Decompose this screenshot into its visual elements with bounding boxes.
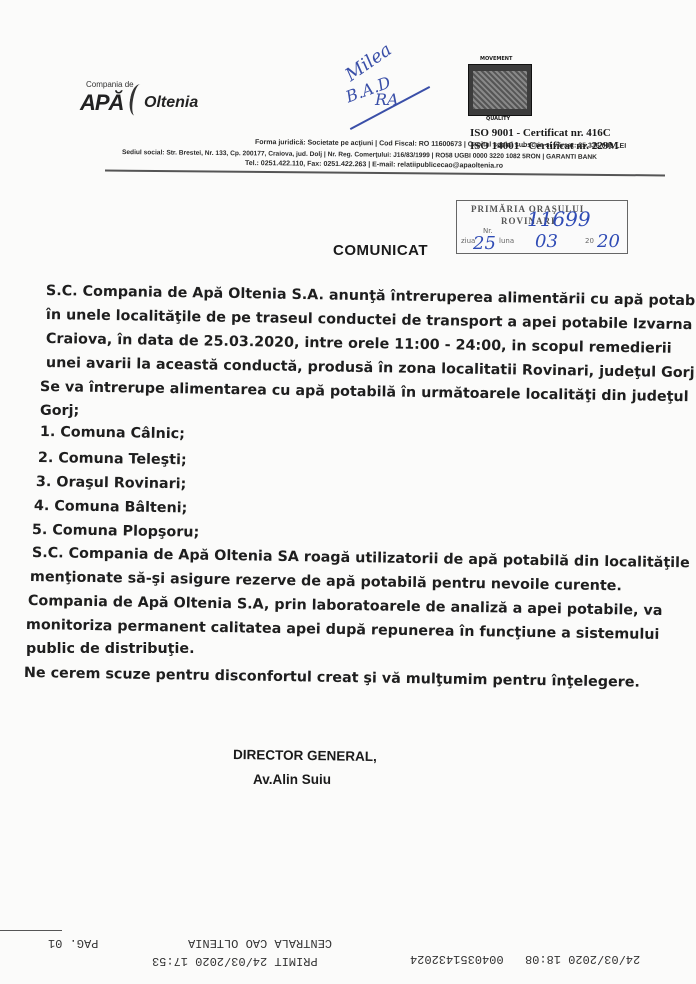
logo-subtitle: Compania de <box>86 80 134 89</box>
stamp-month-label: luna <box>499 237 514 245</box>
locality-item: 2. Comuna Teleşti; <box>38 450 187 468</box>
handwritten-annotation: Milea B.A.D RA <box>335 52 445 127</box>
logo-apa: APĂ <box>80 90 123 116</box>
signature-role: DIRECTOR GENERAL, <box>233 747 377 764</box>
locality-item: 4. Comuna Bâlteni; <box>34 498 188 516</box>
stamp-nr-value: 11699 <box>527 207 591 231</box>
locality-item: 1. Comuna Câlnic; <box>40 424 185 442</box>
quality-certification-badge-icon <box>468 64 532 116</box>
body-line: Craiova, în data de 25.03.2020, intre or… <box>46 331 672 357</box>
letterhead-divider <box>105 170 665 177</box>
signature-name: Av.Alin Suiu <box>253 772 331 787</box>
fax-received: PRIMIT 24/03/2020 17:53 <box>152 954 318 968</box>
locality-item: 5. Comuna Plopşoru; <box>32 522 199 541</box>
stamp-year-value: 20 <box>597 231 620 252</box>
body-line: unei avarii la această conductă, produsă… <box>46 355 696 381</box>
body-line: în unele localităţile de pe traseul cond… <box>46 307 696 333</box>
fax-page-number: PAG. 01 <box>48 936 98 950</box>
locality-item: 3. Oraşul Rovinari; <box>36 474 187 492</box>
iso-9001-cert: ISO 9001 - Certificat nr. 416C <box>470 127 611 139</box>
document-title: COMUNICAT <box>333 242 428 259</box>
body-line: public de distribuţie. <box>26 641 195 657</box>
body-line: Se va întrerupe alimentarea cu apă potab… <box>40 379 689 405</box>
legal-line-3: Tel.: 0251.422.110, Fax: 0251.422.263 | … <box>245 160 503 170</box>
fax-sent-time: 24/03/2020 18:08 <box>525 952 640 966</box>
body-line: S.C. Compania de Apă Oltenia SA roagă ut… <box>32 545 690 571</box>
stamp-month-value: 03 <box>535 231 558 252</box>
body-line: Compania de Apă Oltenia S.A, prin labora… <box>28 593 663 619</box>
logo-oltenia: Oltenia <box>144 94 198 112</box>
fax-sender: CENTRALA CAO OLTENIA <box>188 936 332 950</box>
fax-sent-number: 0040351432024 <box>410 952 504 966</box>
stamp-day-value: 25 <box>473 233 496 254</box>
badge-bottom-label: QUALITY <box>486 116 510 122</box>
body-line: Gorj; <box>40 403 79 419</box>
body-line: S.C. Compania de Apă Oltenia S.A. anunţă… <box>46 283 696 310</box>
stamp-year-label: 20 <box>585 237 594 245</box>
body-line: Ne cerem scuze pentru disconfortul creat… <box>24 665 640 691</box>
registration-stamp: PRIMĂRIA ORAŞULUI ROVINARI Nr. 11699 ziu… <box>456 200 628 254</box>
fax-divider <box>0 930 62 931</box>
body-line: menţionate să-şi asigure rezerve de apă … <box>30 569 622 594</box>
badge-top-label: MOVEMENT <box>480 56 512 62</box>
body-line: monitoriza permanent calitatea apei după… <box>26 617 660 643</box>
company-logo: Compania de APĂ Oltenia <box>80 80 230 125</box>
